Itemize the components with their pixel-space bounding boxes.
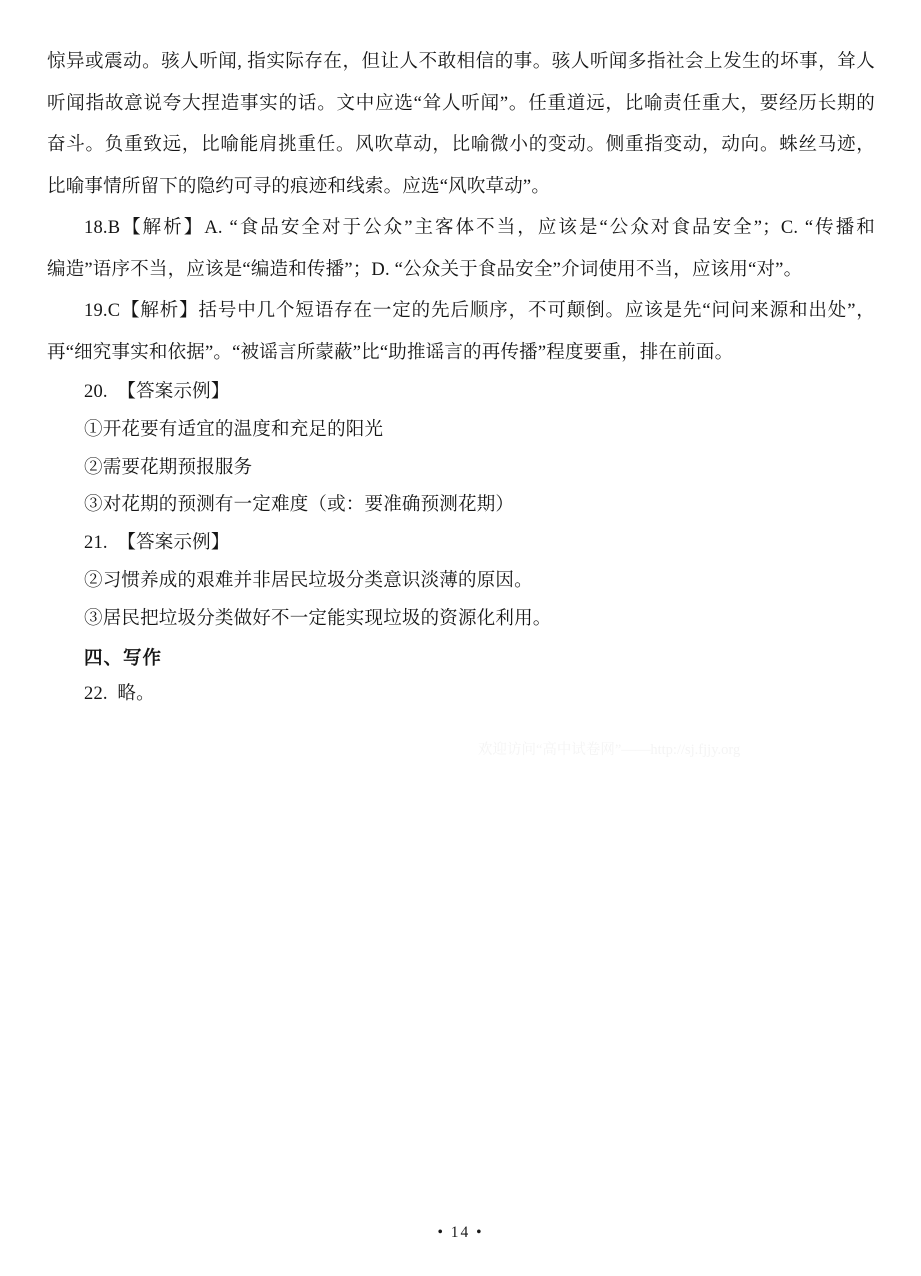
text-line: 惊异或震动。骇人听闻, 指实际存在，但让人不敢相信的事。骇人听闻多指社会上发生的… [47,42,875,84]
text-line: 18.B【解析】A. “食品安全对于公众”主客体不当，应该是“公众对食品安全”；… [47,208,875,250]
answer-line: ①开花要有适宜的温度和充足的阳光 [47,412,875,450]
item20-answer-block: 20. 【答案示例】 ①开花要有适宜的温度和充足的阳光 ②需要花期预报服务 ③对… [47,374,875,525]
item20-heading: 20. 【答案示例】 [47,374,875,412]
answer-line: ②需要花期预报服务 [47,450,875,488]
text-line: 奋斗。负重致远，比喻能肩挑重任。风吹草动，比喻微小的变动。侧重指变动，动向。蛛丝… [47,125,875,167]
document-page: 惊异或震动。骇人听闻, 指实际存在，但让人不敢相信的事。骇人听闻多指社会上发生的… [0,0,921,1276]
paragraph-item17-explanation: 惊异或震动。骇人听闻, 指实际存在，但让人不敢相信的事。骇人听闻多指社会上发生的… [47,42,875,208]
item21-answer-block: 21. 【答案示例】 ②习惯养成的艰难并非居民垃圾分类意识淡薄的原因。 ③居民把… [47,525,875,638]
text-line: 再“细究事实和依据”。“被谣言所蒙蔽”比“助推谣言的再传播”程度要重，排在前面。 [47,333,875,375]
answer-line: ②习惯养成的艰难并非居民垃圾分类意识淡薄的原因。 [47,563,875,601]
item21-heading: 21. 【答案示例】 [47,525,875,563]
text-line: 听闻指故意说夸大捏造事实的话。文中应选“耸人听闻”。任重道远，比喻责任重大，要经… [47,84,875,126]
text-line: 编造”语序不当，应该是“编造和传播”；D. “公众关于食品安全”介词使用不当，应… [47,250,875,292]
answer-line: ③对花期的预测有一定难度（或：要准确预测花期） [47,487,875,525]
section-heading-writing: 四、写作 [47,639,875,677]
watermark-text: 欢迎访问“高中试卷网”——http://sj.fjjy.org [478,738,740,759]
text-line: 比喻事情所留下的隐约可寻的痕迹和线索。应选“风吹草动”。 [47,167,875,209]
answer-line: ③居民把垃圾分类做好不一定能实现垃圾的资源化利用。 [47,601,875,639]
item22-answer: 22. 略。 [47,676,875,714]
text-line: 19.C【解析】括号中几个短语存在一定的先后顺序，不可颠倒。应该是先“问问来源和… [47,291,875,333]
paragraph-item19-answer: 19.C【解析】括号中几个短语存在一定的先后顺序，不可颠倒。应该是先“问问来源和… [47,291,875,374]
paragraph-item18-answer: 18.B【解析】A. “食品安全对于公众”主客体不当，应该是“公众对食品安全”；… [47,208,875,291]
page-number: • 14 • [0,1224,921,1242]
